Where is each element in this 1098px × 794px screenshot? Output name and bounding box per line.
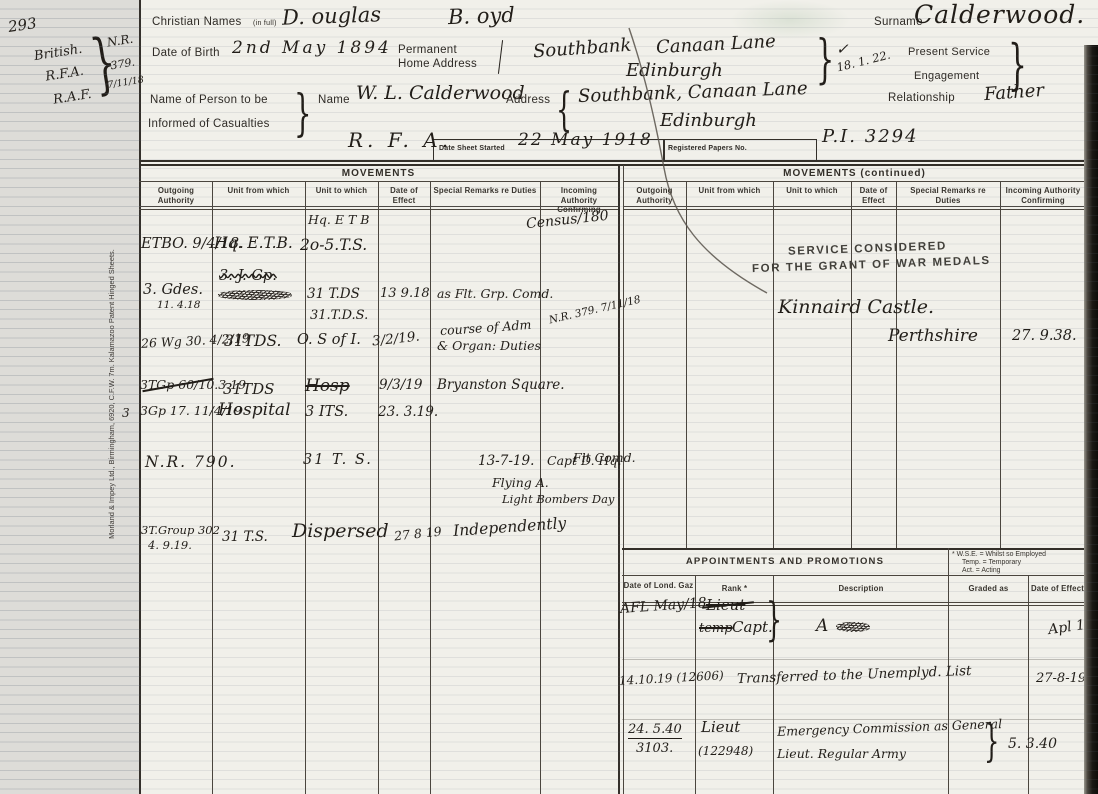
appointment-entry: (122948) bbox=[698, 744, 753, 758]
movement-entry: & Organ: Duties bbox=[437, 338, 541, 353]
home-address-label: Permanent Home Address bbox=[398, 44, 490, 72]
home-address-2: Edinburgh bbox=[626, 60, 723, 81]
appt-colhead-description: Description bbox=[775, 584, 947, 594]
service-branch: R. F. A. bbox=[348, 128, 452, 152]
movement-entry: 2o-5.T.S. bbox=[300, 236, 367, 254]
appointment-entry: 27-8-19 bbox=[1036, 671, 1086, 686]
appt-colhead-graded: Graded as bbox=[950, 584, 1027, 594]
casualties-label-2: Informed of Casualties bbox=[148, 118, 270, 130]
christian-names-label: Christian Names bbox=[152, 16, 242, 28]
service-record-sheet: 293 British. } N.R. R.F.A. 379. R.A.F. 7… bbox=[0, 0, 1098, 794]
movements-colhead-remarks: Special Remarks re Duties bbox=[432, 186, 538, 196]
continued-head-rule-2 bbox=[623, 209, 1086, 210]
movement-entry: 13-7-19. bbox=[478, 453, 534, 469]
registered-papers-label: Registered Papers No. bbox=[668, 145, 747, 152]
movements-colhead-to: Unit to which bbox=[307, 186, 376, 196]
appointments-title: APPOINTMENTS AND PROMOTIONS bbox=[622, 556, 948, 567]
unit1-label: R.F.A. bbox=[44, 64, 84, 85]
dob-label: Date of Birth bbox=[152, 47, 220, 59]
appt-row-rule-2 bbox=[622, 719, 1086, 720]
continued-colhead-date: Date of Effect bbox=[852, 186, 895, 205]
rank-brace: } bbox=[766, 596, 782, 642]
name-label: Name bbox=[318, 94, 350, 106]
date-sheet-started-value: 22 May 1918 bbox=[518, 130, 653, 150]
movement-entry: Hospital bbox=[218, 400, 291, 420]
movement-entry: 23. 3.19. bbox=[378, 404, 438, 420]
name-value: W. L. Calderwood bbox=[356, 82, 525, 104]
check-icon: ✓ bbox=[836, 40, 849, 58]
continued-col-line-1 bbox=[686, 181, 687, 548]
continued-colhead-remarks: Special Remarks re Duties bbox=[898, 186, 998, 205]
casualties-brace: } bbox=[294, 88, 311, 138]
movement-entry: 11. 4.18 bbox=[157, 299, 200, 311]
appointment-entry-struck: temp bbox=[699, 621, 733, 636]
movement-entry: Hq. E T B bbox=[308, 212, 369, 227]
description-brace: } bbox=[984, 720, 999, 764]
appointment-entry: 24. 5.40 bbox=[628, 722, 682, 739]
medals-note-place: Kinnaird Castle. bbox=[778, 296, 934, 318]
center-divider-line-1 bbox=[618, 165, 620, 794]
casualties-label-1: Name of Person to be bbox=[150, 94, 268, 106]
movements-col-line-4 bbox=[430, 181, 431, 794]
nationality-value: N.R. bbox=[106, 32, 134, 50]
appointment-entry: A bbox=[816, 616, 828, 636]
home-address-brace: } bbox=[816, 34, 834, 86]
movement-entry: 4. 9.19. bbox=[148, 538, 192, 552]
movement-entry: Flying A. bbox=[492, 475, 549, 490]
christian-name-1: D. ouglas bbox=[282, 2, 382, 29]
movement-entry: 9/3/19 bbox=[379, 377, 422, 393]
scribbled-out-text bbox=[836, 622, 870, 632]
legend-divider bbox=[948, 548, 949, 575]
address-brace: { bbox=[556, 86, 572, 132]
movement-entry: N.R. 790. bbox=[145, 453, 237, 471]
medals-note-county: Perthshire bbox=[888, 326, 978, 346]
movement-entry: 31TDS. bbox=[224, 332, 281, 350]
relationship-label: Relationship bbox=[888, 92, 955, 104]
movements-colhead-date: Date of Effect bbox=[379, 186, 429, 205]
continued-head-rule-1 bbox=[623, 206, 1086, 207]
appointments-title-rule bbox=[622, 575, 1086, 576]
surname-value: Calderwood. bbox=[914, 0, 1085, 29]
appointment-entry: Lieut. Regular Army bbox=[777, 746, 906, 761]
movement-entry: 31 T.S. bbox=[222, 529, 268, 545]
appt-col-line-3 bbox=[948, 575, 949, 794]
sheet-number: 293 bbox=[7, 14, 38, 36]
continued-colhead-from: Unit from which bbox=[688, 186, 771, 196]
engagement-label: Engagement bbox=[914, 70, 979, 82]
card-left-edge bbox=[139, 0, 141, 794]
movement-entry: 13 9.18 bbox=[380, 286, 430, 301]
appt-colhead-gaz: Date of Lond. Gaz bbox=[623, 581, 694, 591]
movements-col-line-3 bbox=[378, 181, 379, 794]
continued-colhead-outgoing: Outgoing Authority bbox=[624, 186, 685, 205]
movement-entry: 3 ITS. bbox=[305, 404, 348, 420]
continued-col-line-3 bbox=[851, 181, 852, 548]
continued-colhead-incoming: Incoming Authority Confirming bbox=[1002, 186, 1084, 205]
movement-entry-struck: 3. J. Gp. bbox=[219, 268, 277, 284]
movement-entry: 31 T. S. bbox=[303, 452, 373, 468]
movements-colhead-outgoing: Outgoing Authority bbox=[141, 186, 211, 205]
movement-entry: 31 T.DS bbox=[307, 286, 360, 302]
movement-entry-struck: Hosp bbox=[305, 376, 350, 396]
movements-continued-title-rule bbox=[623, 181, 1086, 182]
appointment-entry: 5. 3.40 bbox=[1008, 736, 1057, 752]
in-full-label: (in full) bbox=[253, 20, 277, 27]
movements-col-line-1 bbox=[212, 181, 213, 794]
nationality-label: British. bbox=[33, 42, 83, 64]
movement-entry: 3. Gdes. bbox=[143, 282, 203, 298]
medals-note-date: 27. 9.38. bbox=[1012, 328, 1077, 344]
address-label: Address bbox=[506, 94, 550, 106]
movement-entry: O. S of I. bbox=[297, 332, 361, 348]
movement-entry: Bryanston Square. bbox=[437, 377, 565, 393]
appt-col-line-4 bbox=[1028, 575, 1029, 794]
movements-col-line-2 bbox=[305, 181, 306, 794]
continued-col-line-4 bbox=[896, 181, 897, 548]
continued-colhead-to: Unit to which bbox=[775, 186, 849, 196]
appt-row-rule-1 bbox=[622, 659, 1086, 660]
unit2-label: R.A.F. bbox=[52, 87, 92, 108]
present-service-label: Present Service bbox=[908, 46, 990, 58]
legend-line-3: Act. = Acting bbox=[962, 566, 1001, 576]
continued-col-line-5 bbox=[1000, 181, 1001, 548]
movements-colhead-from: Unit from which bbox=[214, 186, 303, 196]
relationship-value: Father bbox=[983, 80, 1044, 105]
appointment-entry: 3103. bbox=[636, 741, 673, 756]
movement-entry: 31TDS bbox=[223, 380, 274, 398]
date-sheet-started-label: Date Sheet Started bbox=[439, 145, 505, 152]
margin-digit: 3 bbox=[122, 406, 130, 420]
appt-colhead-rank: Rank * bbox=[697, 584, 772, 594]
movement-entry: Hq. E.T.B. bbox=[214, 234, 293, 252]
center-divider-line-2 bbox=[623, 165, 624, 794]
movements-continued-title: MOVEMENTS (continued) bbox=[623, 168, 1086, 179]
dob-value: 2nd May 1894 bbox=[232, 38, 392, 58]
printer-imprint: Morland & Impey Ltd., Birmingham, 6920, … bbox=[107, 194, 121, 594]
binding-edge-shadow bbox=[1084, 45, 1098, 794]
movement-entry: 31.T.D.S. bbox=[310, 308, 368, 323]
movement-entry: Flt Comd. bbox=[573, 450, 636, 465]
movement-entry: Light Bombers Day bbox=[502, 492, 614, 506]
appointment-entry: Lieut bbox=[701, 718, 740, 736]
margin-service-notes: British. } N.R. R.F.A. 379. R.A.F. 7/11/… bbox=[20, 26, 144, 128]
appt-colhead-effect: Date of Effect bbox=[1030, 584, 1085, 594]
unit1-value: 379. bbox=[110, 56, 136, 73]
casualty-address-2: Edinburgh bbox=[660, 110, 757, 131]
scribbled-out-text bbox=[218, 290, 292, 300]
registered-papers-value: P.I. 3294 bbox=[822, 126, 919, 147]
christian-name-2: B. oyd bbox=[448, 3, 516, 29]
movement-entry: 3T.Group 302 bbox=[141, 523, 220, 537]
movements-title: MOVEMENTS bbox=[139, 168, 618, 179]
movement-entry: Dispersed bbox=[292, 520, 389, 542]
continued-col-line-2 bbox=[773, 181, 774, 548]
movement-entry: as Flt. Grp. Comd. bbox=[437, 286, 553, 301]
